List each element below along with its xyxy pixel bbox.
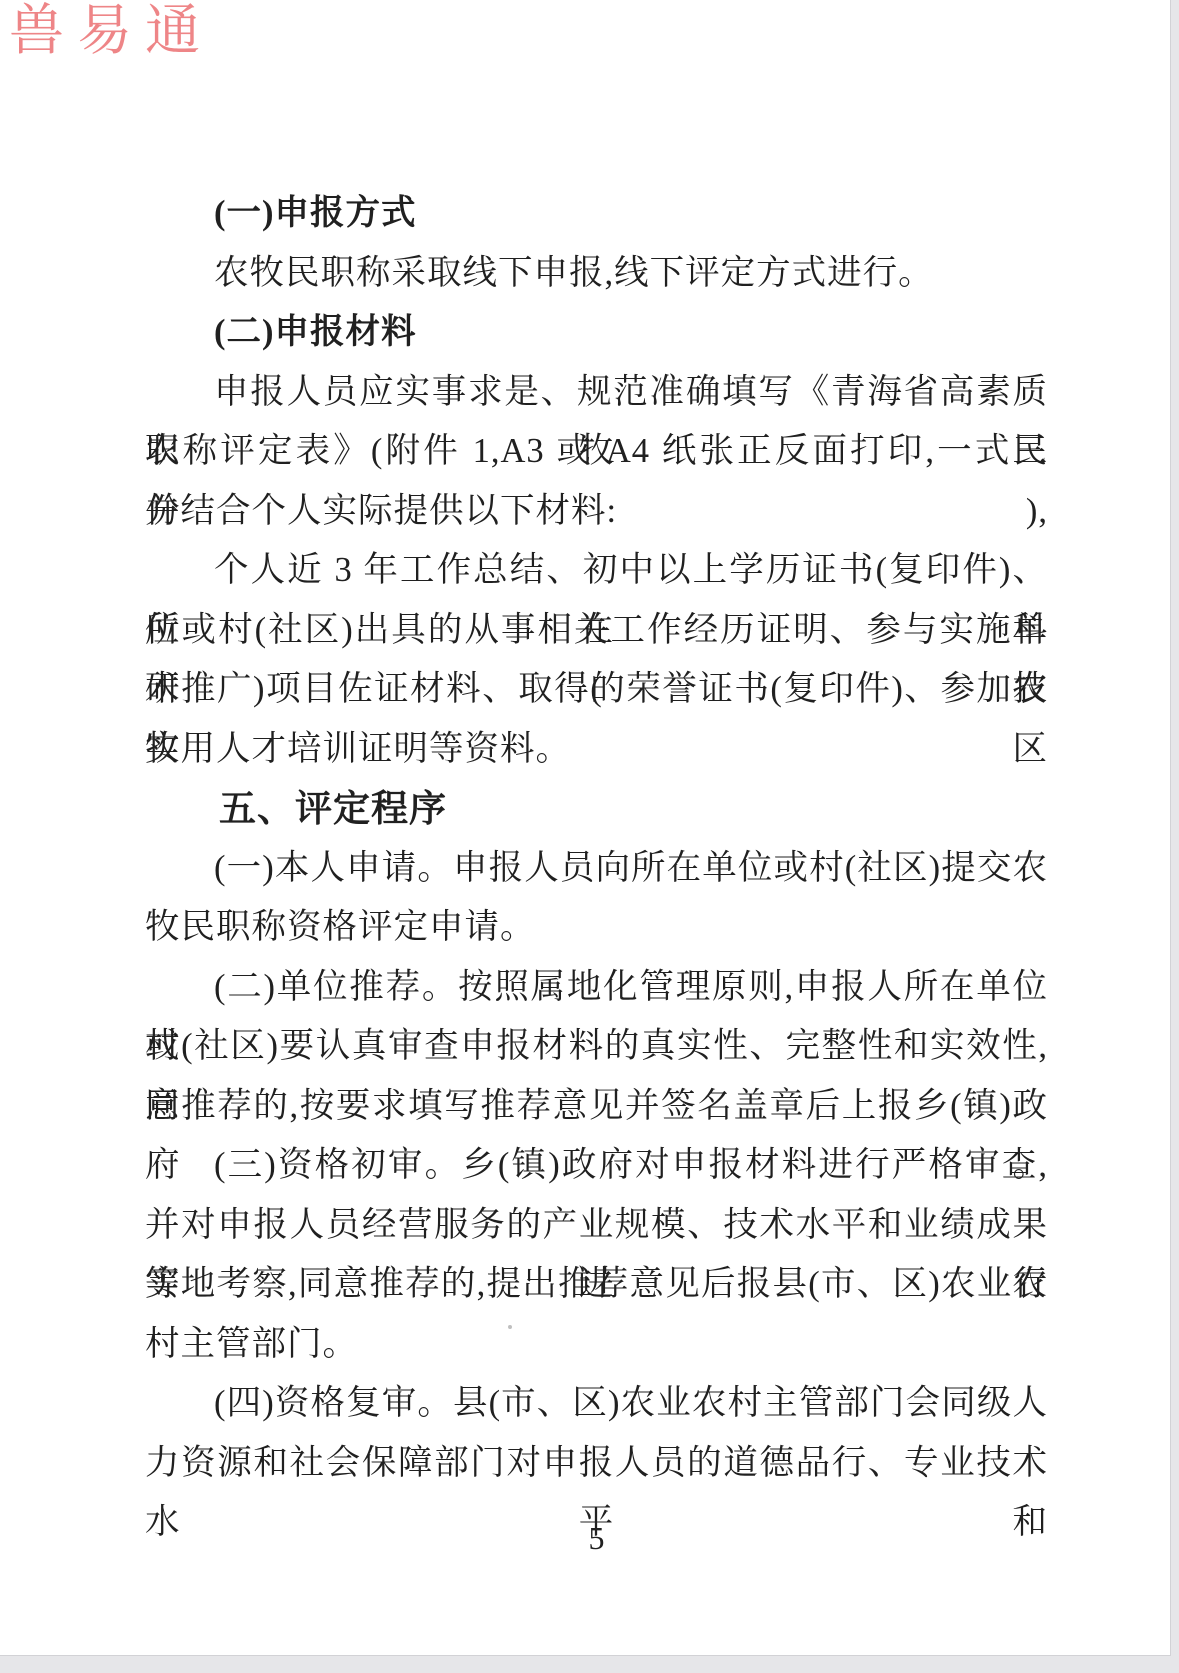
text-line-16: 意推荐的,按要求填写推荐意见并签名盖章后上报乡(镇)政府。: [145, 1077, 1048, 1137]
text-line-12: (一)本人申请。申报人员向所在单位或村(社区)提交农: [145, 839, 1048, 899]
page-number: 5: [145, 1516, 1048, 1560]
text-line-13: 牧民职称资格评定申请。: [145, 898, 1048, 958]
text-line-14: (二)单位推荐。按照属地化管理原则,申报人所在单位或: [145, 958, 1048, 1018]
text-line-2: 农牧民职称采取线下申报,线下评定方式进行。: [145, 244, 1048, 304]
text-line-21: (四)资格复审。县(市、区)农业农村主管部门会同级人: [145, 1374, 1048, 1434]
text-line-7: 个人近 3 年工作总结、初中以上学历证书(复印件)、所在单: [145, 541, 1048, 601]
text-line-15: 村(社区)要认真审查申报材料的真实性、完整性和实效性,同: [145, 1017, 1048, 1077]
text-line-9: 术推广)项目佐证材料、取得的荣誉证书(复印件)、参加农牧区: [145, 660, 1048, 720]
text-line-3: (二)申报材料: [145, 303, 1048, 363]
text-line-11: 五、评定程序: [145, 779, 1048, 839]
watermark-logo: 兽易通: [9, 0, 213, 62]
document-page: 兽易通 (一)申报方式农牧民职称采取线下申报,线下评定方式进行。(二)申报材料申…: [0, 0, 1171, 1656]
text-line-20: 村主管部门。: [145, 1315, 1048, 1375]
text-line-5: 职称评定表》(附件 1,A3 或 A4 纸张正反面打印,一式三份),: [145, 422, 1048, 482]
text-line-4: 申报人员应实事求是、规范准确填写《青海省高素质农牧民: [145, 363, 1048, 423]
text-line-8: 位或村(社区)出具的从事相关工作经历证明、参与实施科研(技: [145, 601, 1048, 661]
text-line-18: 并对申报人员经营服务的产业规模、技术水平和业绩成果等进行: [145, 1196, 1048, 1256]
document-body: (一)申报方式农牧民职称采取线下申报,线下评定方式进行。(二)申报材料申报人员应…: [145, 184, 1048, 1493]
text-line-1: (一)申报方式: [145, 184, 1048, 244]
text-line-17: (三)资格初审。乡(镇)政府对申报材料进行严格审查,: [145, 1136, 1048, 1196]
scan-speck: [508, 1325, 512, 1329]
text-line-22: 力资源和社会保障部门对申报人员的道德品行、专业技术水平和: [145, 1434, 1048, 1494]
text-line-19: 实地考察,同意推荐的,提出推荐意见后报县(市、区)农业农: [145, 1255, 1048, 1315]
